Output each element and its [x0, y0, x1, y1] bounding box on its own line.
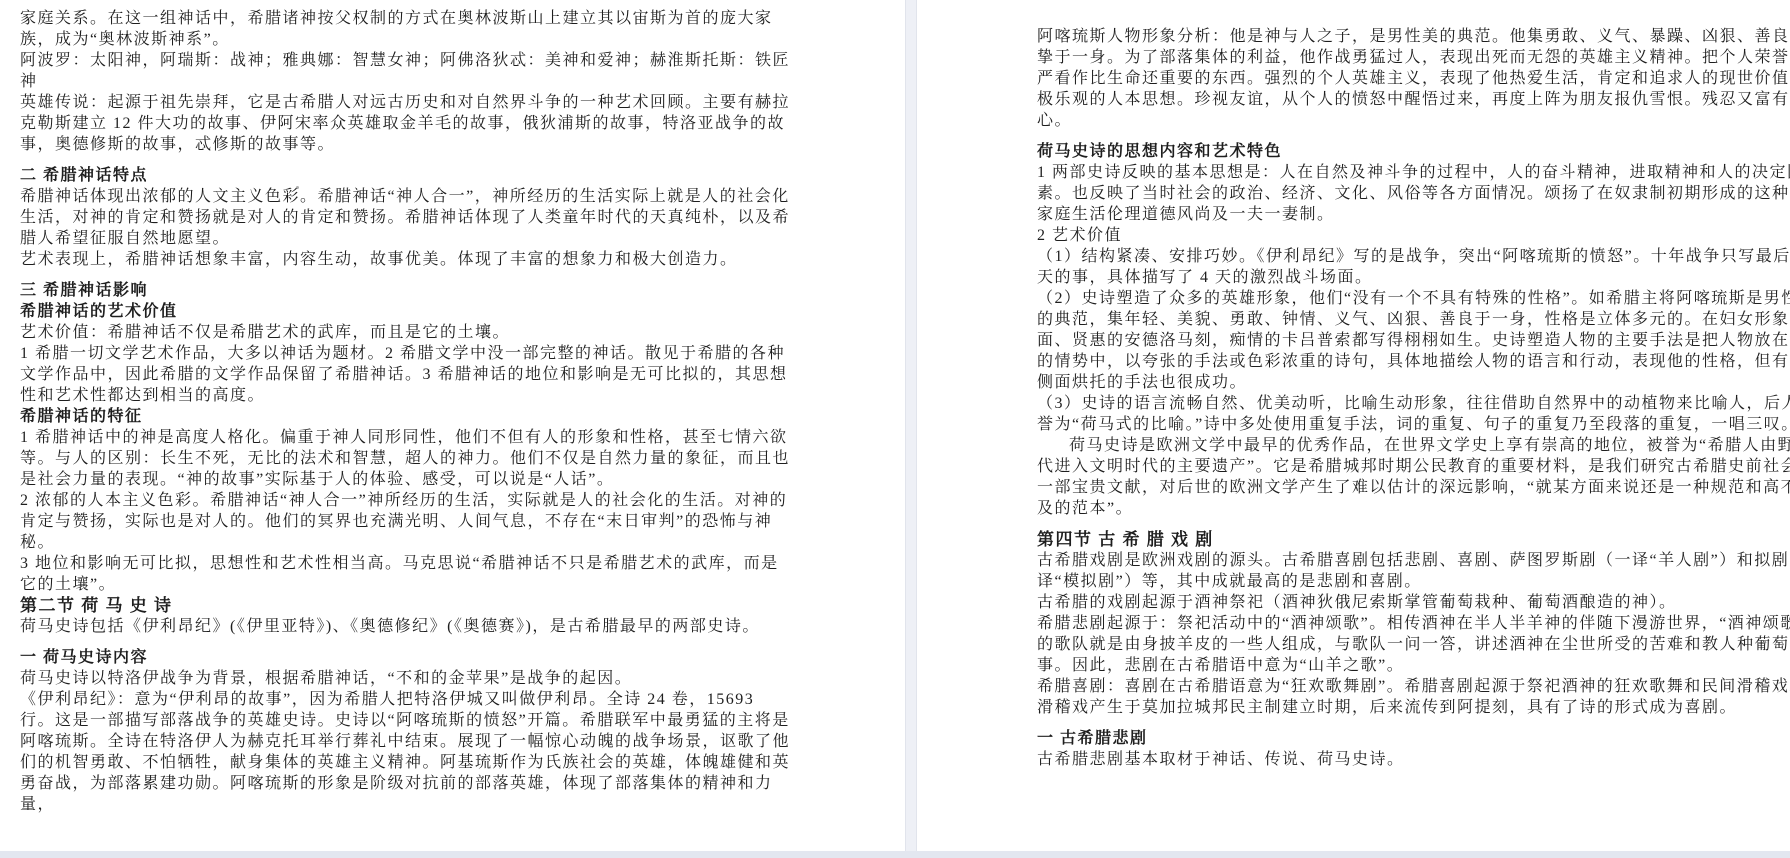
paragraph: （2）史诗塑造了众多的英雄形象，他们“没有一个不具有特殊的性格”。如希腊主将阿喀…	[1037, 288, 1790, 393]
paragraph: 2 浓郁的人本主义色彩。希腊神话“神人合一”神所经历的生活，实际就是人的社会化的…	[20, 490, 792, 553]
paragraph: 古希腊戏剧是欧洲戏剧的源头。古希腊喜剧包括悲剧、喜剧、萨图罗斯剧（一译“羊人剧”…	[1037, 550, 1790, 592]
paragraph: 1 希腊一切文学艺术作品，大多以神话为题材。2 希腊文学中没一部完整的神话。散见…	[20, 343, 792, 406]
paragraph: 《伊利昂纪》：意为“伊利昂的故事”，因为希腊人把特洛伊城又叫做伊利昂。全诗 24…	[20, 689, 792, 815]
page-right: 阿喀琉斯人物形象分析：他是神与人之子，是男性美的典范。他集勇敢、义气、暴躁、凶狠…	[917, 0, 1790, 858]
paragraph: 1 两部史诗反映的基本思想是：人在自然及神斗争的过程中，人的奋斗精神，进取精神和…	[1037, 162, 1790, 225]
paragraph-gap	[20, 637, 792, 647]
paragraph: 荷马史诗是欧洲文学中最早的优秀作品，在世界文学史上享有崇高的地位，被誉为“希腊人…	[1037, 435, 1790, 519]
section-heading: 二 希腊神话特点	[20, 165, 792, 186]
paragraph: 家庭关系。在这一组神话中，希腊诸神按父权制的方式在奥林波斯山上建立其以宙斯为首的…	[20, 8, 792, 50]
paragraph: 艺术表现上，希腊神话想象丰富，内容生动，故事优美。体现了丰富的想象力和极大创造力…	[20, 249, 792, 270]
paragraph: 希腊神话体现出浓郁的人文主义色彩。希腊神话“神人合一”，神所经历的生活实际上就是…	[20, 186, 792, 249]
paragraph: 古希腊悲剧基本取材于神话、传说、荷马史诗。	[1037, 749, 1790, 770]
section-heading: 一 古希腊悲剧	[1037, 728, 1790, 749]
paragraph-gap	[20, 155, 792, 165]
paragraph: 古希腊的戏剧起源于酒神祭祀（酒神狄俄尼索斯掌管葡萄栽种、葡萄酒酿造的神）。	[1037, 592, 1790, 613]
section-heading: 第二节 荷 马 史 诗	[20, 595, 792, 616]
paragraph: 2 艺术价值	[1037, 225, 1790, 246]
paragraph-gap	[20, 270, 792, 280]
paragraph: 荷马史诗以特洛伊战争为背景，根据希腊神话，“不和的金苹果”是战争的起因。	[20, 668, 792, 689]
page-left: 家庭关系。在这一组神话中，希腊诸神按父权制的方式在奥林波斯山上建立其以宙斯为首的…	[0, 0, 905, 858]
paragraph: 阿喀琉斯人物形象分析：他是神与人之子，是男性美的典范。他集勇敢、义气、暴躁、凶狠…	[1037, 26, 1790, 131]
document-spread: 家庭关系。在这一组神话中，希腊诸神按父权制的方式在奥林波斯山上建立其以宙斯为首的…	[0, 0, 1790, 858]
section-heading: 希腊神话的艺术价值	[20, 301, 792, 322]
paragraph-gap	[1037, 131, 1790, 141]
paragraph: 希腊悲剧起源于：祭祀活动中的“酒神颂歌”。相传酒神在半人半羊神的伴随下漫游世界，…	[1037, 613, 1790, 676]
paragraph: 滑稽戏产生于莫加拉城邦民主制建立时期，后来流传到阿提刻，具有了诗的形式成为喜剧。	[1037, 697, 1790, 718]
page-left-content: 家庭关系。在这一组神话中，希腊诸神按父权制的方式在奥林波斯山上建立其以宙斯为首的…	[20, 8, 792, 815]
paragraph: 3 地位和影响无可比拟，思想性和艺术性相当高。马克思说“希腊神话不只是希腊艺术的…	[20, 553, 792, 595]
paragraph: 希腊喜剧：喜剧在古希腊语意为“狂欢歌舞剧”。希腊喜剧起源于祭祀酒神的狂欢歌舞和民…	[1037, 676, 1790, 697]
bottom-strip	[0, 851, 1790, 858]
paragraph: 1 希腊神话中的神是高度人格化。偏重于神人同形同性，他们不但有人的形象和性格，甚…	[20, 427, 792, 490]
section-heading: 第四节 古 希 腊 戏 剧	[1037, 529, 1790, 550]
paragraph: （1）结构紧凑、安排巧妙。《伊利昂纪》写的是战争，突出“阿喀琉斯的愤怒”。十年战…	[1037, 246, 1790, 288]
paragraph-gap	[1037, 718, 1790, 728]
paragraph: 阿波罗：太阳神，阿瑞斯：战神；雅典娜：智慧女神；阿佛洛狄忒：美神和爱神；赫淮斯托…	[20, 50, 792, 92]
section-heading: 希腊神话的特征	[20, 406, 792, 427]
section-heading: 一 荷马史诗内容	[20, 647, 792, 668]
section-heading: 荷马史诗的思想内容和艺术特色	[1037, 141, 1790, 162]
scan-speck	[296, 186, 299, 189]
paragraph: （3）史诗的语言流畅自然、优美动听，比喻生动形象，往往借助自然界中的动植物来比喻…	[1037, 393, 1790, 435]
paragraph-gap	[1037, 519, 1790, 529]
paragraph: 艺术价值：希腊神话不仅是希腊艺术的武库，而且是它的土壤。	[20, 322, 792, 343]
paragraph: 荷马史诗包括《伊利昂纪》(《伊里亚特》)、《奥德修纪》(《奥德赛》)，是古希腊最…	[20, 616, 792, 637]
paragraph: 英雄传说：起源于祖先崇拜，它是古希腊人对远古历史和对自然界斗争的一种艺术回顾。主…	[20, 92, 792, 155]
section-heading: 三 希腊神话影响	[20, 280, 792, 301]
page-divider	[905, 0, 917, 858]
page-right-content: 阿喀琉斯人物形象分析：他是神与人之子，是男性美的典范。他集勇敢、义气、暴躁、凶狠…	[1037, 26, 1790, 770]
